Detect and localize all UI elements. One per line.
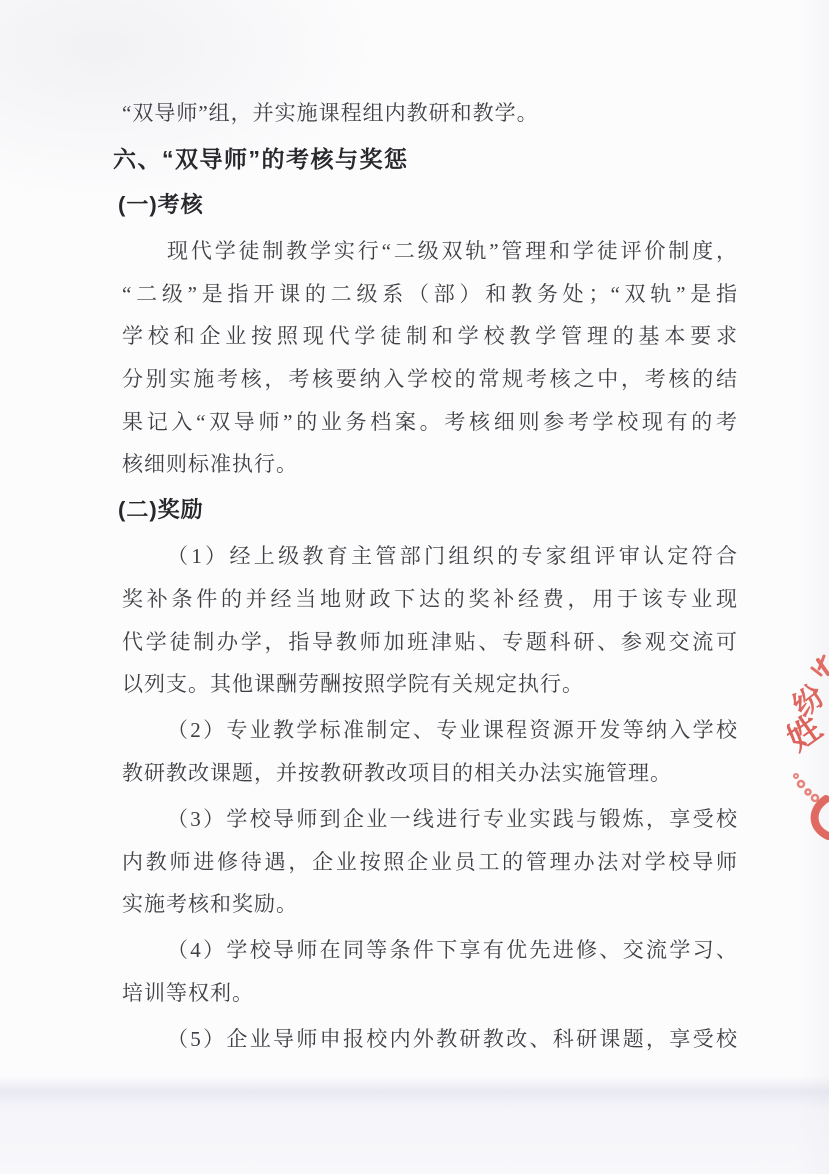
- paragraph: 现代学徒制教学实行“二级双轨”管理和学徒评价制度，“二级”是指开课的二级系（部）…: [122, 230, 738, 486]
- text-line: (二)奖励: [118, 489, 738, 532]
- text-line: 奖补条件的并经当地财政下达的奖补经费，用于该专业现: [122, 578, 738, 621]
- text-line: 培训等权利。: [122, 972, 738, 1015]
- text-line: 代学徒制办学，指导教师加班津贴、专题科研、参观交流可: [122, 621, 738, 664]
- paragraph: “双导师”组，并实施课程组内教研和教学。: [122, 92, 738, 135]
- text-line: （5）企业导师申报校内外教研教改、科研课题，享受校: [122, 1018, 738, 1061]
- text-line: 实施考核和奖励。: [122, 883, 738, 926]
- text-line: （1）经上级教育主管部门组织的专家组评审认定符合: [122, 535, 738, 578]
- heading-2: (二)奖励: [118, 489, 738, 532]
- text-line: 内教师进修待遇，企业按照企业员工的管理办法对学校导师: [122, 841, 738, 884]
- paragraph: （1）经上级教育主管部门组织的专家组评审认定符合奖补条件的并经当地财政下达的奖补…: [122, 535, 738, 705]
- text-line: (一)考核: [118, 184, 738, 227]
- red-seal-icon: 纷 姓: [787, 652, 829, 842]
- text-line: 以列支。其他课酬劳酬按照学院有关规定执行。: [122, 663, 738, 706]
- heading-1: 六、“双导师”的考核与奖惩: [113, 138, 738, 181]
- text-line: （2）专业教学标准制定、专业课程资源开发等纳入学校: [122, 709, 738, 752]
- text-line: 学校和企业按照现代学徒制和学校教学管理的基本要求: [122, 315, 738, 358]
- text-line: “双导师”组，并实施课程组内教研和教学。: [122, 92, 738, 135]
- text-line: 现代学徒制教学实行“二级双轨”管理和学徒评价制度，: [122, 230, 738, 273]
- page-bottom-shadow: [0, 1076, 829, 1174]
- text-line: “二级”是指开课的二级系（部）和教务处；“双轨”是指: [122, 273, 738, 316]
- paragraph: （2）专业教学标准制定、专业课程资源开发等纳入学校教研教改课题，并按教研教改项目…: [122, 709, 738, 794]
- text-line: 分别实施考核，考核要纳入学校的常规考核之中，考核的结: [122, 358, 738, 401]
- text-line: 六、“双导师”的考核与奖惩: [113, 138, 738, 181]
- text-line: （3）学校导师到企业一线进行专业实践与锻炼，享受校: [122, 798, 738, 841]
- red-seal-stamp: 纷 姓: [787, 652, 829, 842]
- paragraph: （5）企业导师申报校内外教研教改、科研课题，享受校: [122, 1018, 738, 1061]
- text-line: 核细则标准执行。: [122, 443, 738, 486]
- document-content: “双导师”组，并实施课程组内教研和教学。六、“双导师”的考核与奖惩(一)考核现代…: [122, 92, 738, 1061]
- text-line: 教研教改课题，并按教研教改项目的相关办法实施管理。: [122, 752, 738, 795]
- document-page: “双导师”组，并实施课程组内教研和教学。六、“双导师”的考核与奖惩(一)考核现代…: [0, 0, 829, 1174]
- heading-2: (一)考核: [118, 184, 738, 227]
- paragraph: （4）学校导师在同等条件下享有优先进修、交流学习、培训等权利。: [122, 929, 738, 1014]
- text-line: 果记入“双导师”的业务档案。考核细则参考学校现有的考: [122, 401, 738, 444]
- paragraph: （3）学校导师到企业一线进行专业实践与锻炼，享受校内教师进修待遇，企业按照企业员…: [122, 798, 738, 926]
- text-line: （4）学校导师在同等条件下享有优先进修、交流学习、: [122, 929, 738, 972]
- svg-text:姓: 姓: [787, 709, 829, 758]
